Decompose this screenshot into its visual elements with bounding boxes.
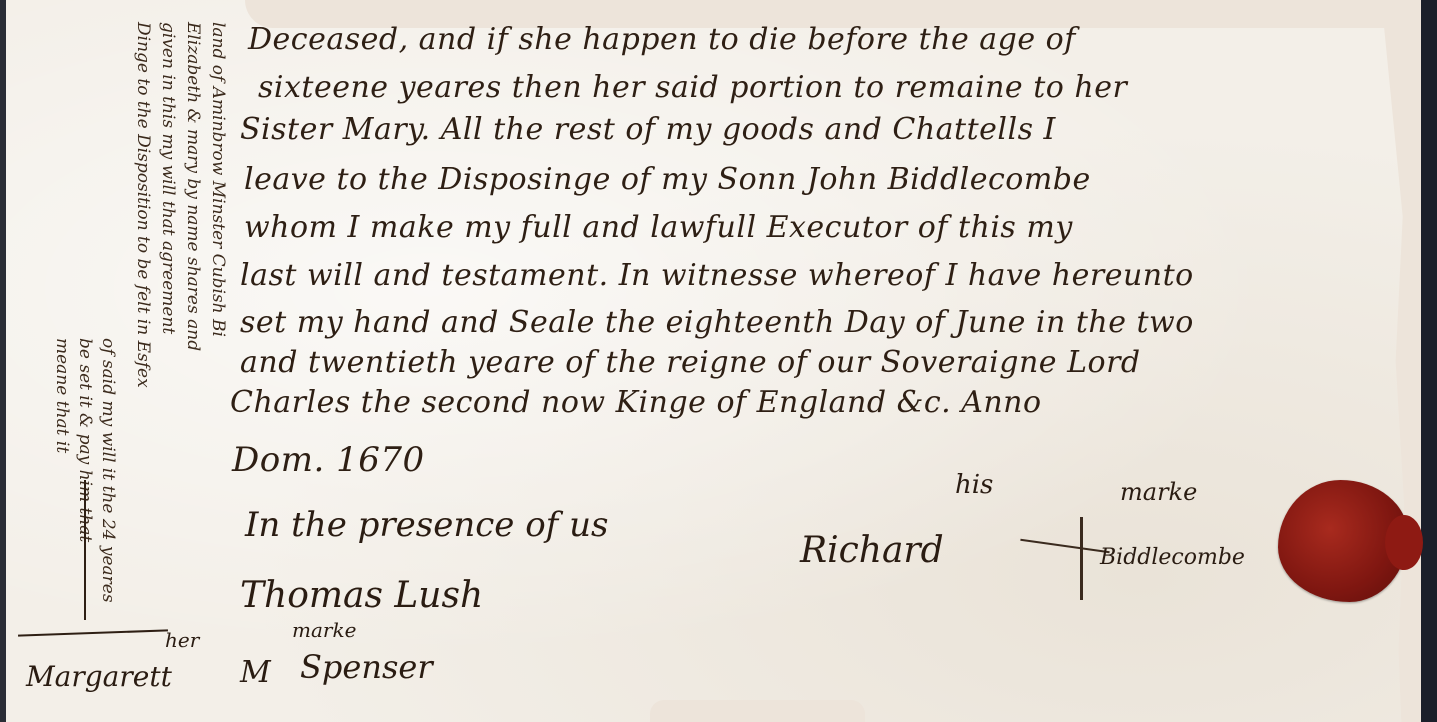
testator-cross-mark bbox=[1080, 517, 1083, 600]
wax-seal-lobe bbox=[1385, 515, 1423, 570]
testator-mark-label: marke bbox=[1120, 478, 1197, 506]
margin-line-3: given in this my will that agreement bbox=[158, 22, 178, 334]
margin-line-4: Dinge to the Disposition to be felt in E… bbox=[133, 22, 153, 388]
testator-first-name: Richard bbox=[800, 530, 944, 571]
witness-mark-label: marke bbox=[292, 618, 356, 642]
body-line-3: Sister Mary. All the rest of my goods an… bbox=[240, 112, 1056, 147]
margin-line-5: of said my will it the 24 yeares bbox=[98, 338, 118, 603]
witness-spenser: Spenser bbox=[300, 648, 433, 686]
body-line-8: and twentieth yeare of the reigne of our… bbox=[240, 345, 1141, 380]
margin-line-1: land of Aminbrow Minster Cubish Bi bbox=[208, 22, 228, 337]
body-line-5: whom I make my full and lawfull Executor… bbox=[244, 210, 1073, 245]
testator-last-name: Biddlecombe bbox=[1100, 545, 1245, 570]
scan-edge-right bbox=[1421, 0, 1437, 722]
witness-her-label: her bbox=[165, 628, 199, 652]
witness-margarett: Margarett bbox=[26, 660, 172, 693]
body-line-9: Charles the second now Kinge of England … bbox=[230, 385, 1042, 420]
attestation-heading: In the presence of us bbox=[245, 505, 608, 545]
testator-his-label: his bbox=[955, 470, 993, 500]
body-line-6: last will and testament. In witnesse whe… bbox=[240, 258, 1194, 293]
margin-line-7: meane that it bbox=[52, 338, 72, 453]
body-line-7: set my hand and Seale the eighteenth Day… bbox=[240, 305, 1194, 340]
margin-line-2: Elizabeth & mary by name shares and bbox=[183, 22, 203, 351]
torn-bottom-edge bbox=[650, 700, 865, 722]
margin-bracket bbox=[84, 480, 86, 620]
body-line-1: Deceased, and if she happen to die befor… bbox=[248, 22, 1076, 57]
body-line-10-date: Dom. 1670 bbox=[232, 440, 425, 480]
scan-edge-left bbox=[0, 0, 6, 722]
body-line-2: sixteene yeares then her said portion to… bbox=[258, 70, 1127, 105]
witness-mark-m: M bbox=[240, 655, 271, 690]
witness-thomas-lush: Thomas Lush bbox=[240, 575, 483, 616]
body-line-4: leave to the Disposinge of my Sonn John … bbox=[244, 162, 1091, 197]
